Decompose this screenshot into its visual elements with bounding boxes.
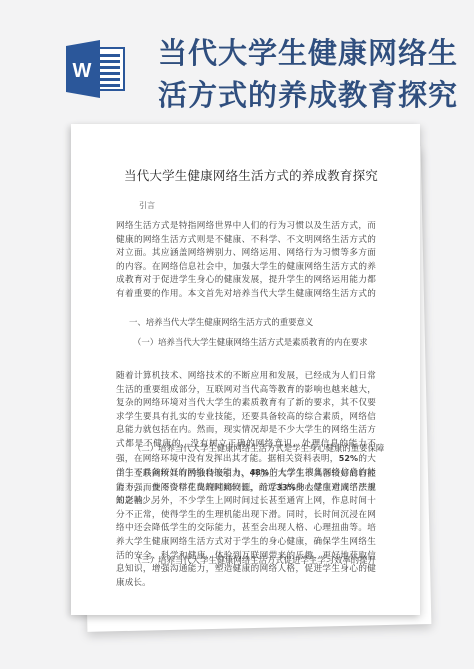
- intro-label: 引言: [139, 200, 155, 211]
- stat-value-1: 52%: [339, 454, 358, 463]
- banner-title-line-2: 活方式的养成教育探究: [158, 74, 458, 116]
- document-page: 当代大学生健康网络生活方式的养成教育探究 引言 网络生活方式是特指网络世界中人们…: [71, 124, 420, 615]
- svg-text:W: W: [73, 60, 92, 82]
- banner-title-line-1: 当代大学生健康网络生: [158, 32, 458, 74]
- document-title: 当代大学生健康网络生活方式的养成教育探究: [124, 166, 414, 184]
- banner-title: 当代大学生健康网络生 活方式的养成教育探究: [158, 32, 458, 116]
- intro-paragraph: 网络生活方式是特指网络世界中人们的行为习惯以及生活方式，而健康的网络生活方式则是…: [116, 220, 376, 302]
- header-banner: W 当代大学生健康网络生 活方式的养成教育探究: [0, 0, 474, 120]
- subsection-heading-3: （三）培养当代大学生健康网络生活方式促进学生学习效率的提升: [133, 554, 376, 566]
- word-document-icon: W: [66, 40, 128, 98]
- paragraph-health-guarantee: 由于互联网所具有的独特吸引力，再加上大学生不具备较好的自控能力，而使不少学生出现…: [116, 468, 376, 590]
- subsection-heading-2: （二）培养当代大学生健康网络生活方式是学生身心健康的重要保障: [133, 442, 384, 454]
- subsection-heading-1: （一）培养当代大学生健康网络生活方式是素质教育的内在要求: [133, 336, 368, 348]
- section-heading-1: 一、培养当代大学生健康网络生活方式的重要意义: [129, 316, 313, 328]
